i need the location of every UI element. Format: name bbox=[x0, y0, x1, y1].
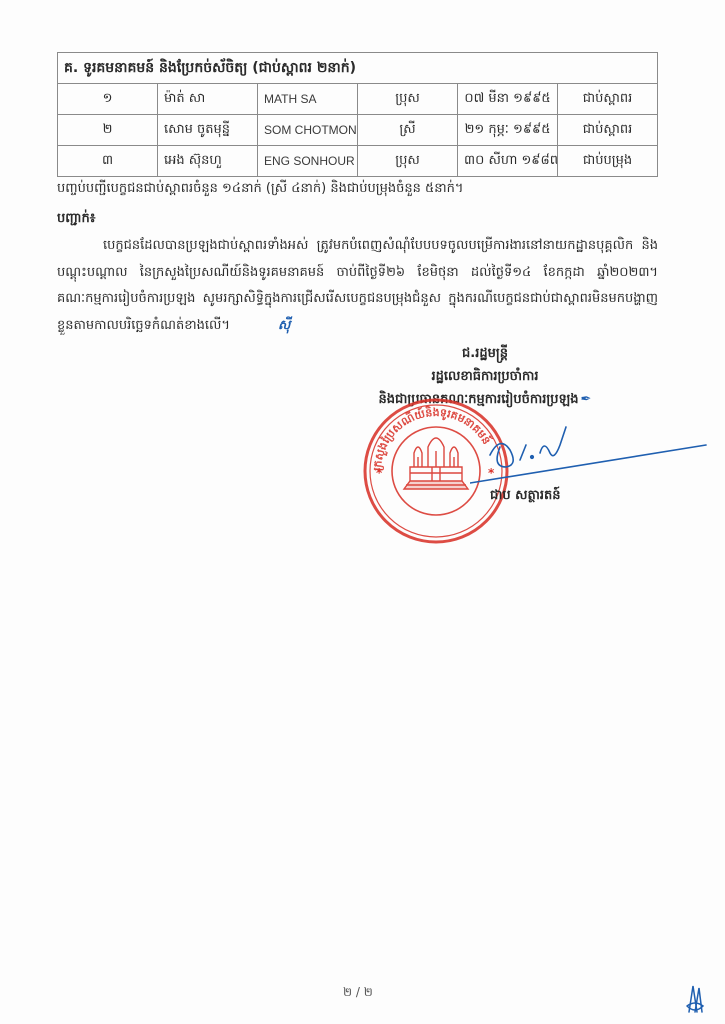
name-latin: SOM CHOTMONY bbox=[258, 115, 358, 146]
summary-line: បញ្ចប់បញ្ជីបេក្ខជនជាប់ស្ពាពរចំនួន ១៤នាក់… bbox=[57, 180, 463, 199]
date-of-birth: ០៧ មីនា ១៩៩៥ bbox=[458, 84, 558, 115]
name-latin: MATH SA bbox=[258, 84, 358, 115]
temple-emblem-icon bbox=[404, 438, 468, 489]
name-khmer: ម៉ាត់ សា bbox=[158, 84, 258, 115]
page-number: ២ / ២ bbox=[343, 984, 373, 1002]
result: ជាប់ស្ពាពរ bbox=[558, 84, 658, 115]
result: ជាប់បម្រុង bbox=[558, 146, 658, 177]
row-number: ២ bbox=[58, 115, 158, 146]
name-latin: ENG SONHOUR bbox=[258, 146, 358, 177]
note-paragraph: បេក្ខជនដែលបានប្រឡងជាប់ស្ពាពរទាំងអស់ ត្រូ… bbox=[57, 233, 658, 339]
signature-title-line2: រដ្ឋលេខាធិការប្រចាំការ bbox=[320, 365, 650, 388]
results-table: គ. ទូរគមនាគមន៍ និងប្រែកច់ស័ចិត្យ (ជាប់ស្… bbox=[57, 52, 658, 177]
document-page: គ. ទូរគមនាគមន៍ និងប្រែកច់ស័ចិត្យ (ជាប់ស្… bbox=[0, 0, 725, 1024]
table-section-heading-row: គ. ទូរគមនាគមន៍ និងប្រែកច់ស័ចិត្យ (ជាប់ស្… bbox=[58, 53, 658, 84]
row-number: ៣ bbox=[58, 146, 158, 177]
table-row: ១ ម៉ាត់ សា MATH SA ប្រុស ០៧ មីនា ១៩៩៥ ជា… bbox=[58, 84, 658, 115]
sex: ស្រី bbox=[358, 115, 458, 146]
note-body-text: បេក្ខជនដែលបានប្រឡងជាប់ស្ពាពរទាំងអស់ ត្រូ… bbox=[57, 238, 658, 333]
signature-title-line1: ជ.រដ្ឋមន្ត្រី bbox=[320, 342, 650, 365]
date-of-birth: ៣០ សីហា ១៩៨៧ bbox=[458, 146, 558, 177]
name-khmer: សោម ចូតមុន្នី bbox=[158, 115, 258, 146]
result: ជាប់ស្ពាពរ bbox=[558, 115, 658, 146]
signer-name: ជាប សត្ថារតន៍ bbox=[490, 487, 561, 506]
stamp-star-icon: * bbox=[376, 466, 383, 480]
sex: ប្រុស bbox=[358, 146, 458, 177]
page-initial-signature bbox=[683, 982, 707, 1016]
table-row: ២ សោម ចូតមុន្នី SOM CHOTMONY ស្រី ២១ កុម… bbox=[58, 115, 658, 146]
name-khmer: អេង ស៊ុនហួ bbox=[158, 146, 258, 177]
table-row: ៣ អេង ស៊ុនហួ ENG SONHOUR ប្រុស ៣០ សីហា ១… bbox=[58, 146, 658, 177]
handwritten-initial-mark: ស៊ី bbox=[232, 313, 290, 340]
note-title: បញ្ជាក់៖ bbox=[57, 210, 95, 229]
row-number: ១ bbox=[58, 84, 158, 115]
sex: ប្រុស bbox=[358, 84, 458, 115]
section-heading: គ. ទូរគមនាគមន៍ និងប្រែកច់ស័ចិត្យ (ជាប់ស្… bbox=[58, 53, 658, 84]
date-of-birth: ២១ កុម្ភៈ ១៩៩៥ bbox=[458, 115, 558, 146]
